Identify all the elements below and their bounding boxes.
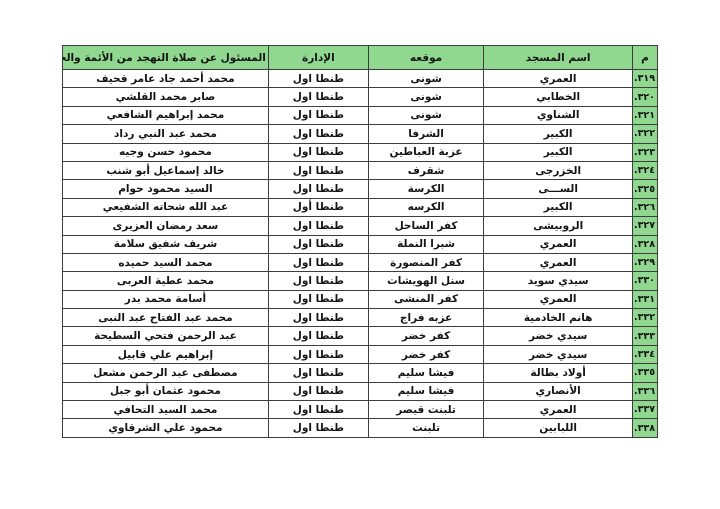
table-row: ٣٢١.الشناويشونىطنطا اولمحمد إبراهيم الشا… — [63, 106, 658, 124]
cell-admin: طنطا اول — [268, 70, 368, 88]
cell-admin: طنطا اول — [268, 272, 368, 290]
cell-location: كفر المنصورة — [368, 253, 483, 271]
cell-location: الكرسه — [368, 198, 483, 216]
cell-location: كفر خضر — [368, 327, 483, 345]
cell-num: ٣٣٥. — [633, 364, 658, 382]
cell-mosque: الســـى — [484, 180, 633, 198]
cell-responsible: صابر محمد القلشي — [63, 88, 269, 106]
cell-location: تلبنت — [368, 419, 483, 437]
cell-location: فيشا سليم — [368, 364, 483, 382]
table-row: ٣٣٧.العمريتلبنت قيصرطنطا اولمحمد السيد ا… — [63, 401, 658, 419]
cell-num: ٣٢٠. — [633, 88, 658, 106]
cell-num: ٣٣٤. — [633, 345, 658, 363]
table-header: م اسم المسجد موقعه الإدارة المسئول عن صل… — [63, 46, 658, 70]
table-row: ٣٢٤.الخزرجىشقرفطنطا اولخالد إسماعيل أبو … — [63, 161, 658, 179]
cell-mosque: أولاد بطالة — [484, 364, 633, 382]
cell-num: ٣٣٦. — [633, 382, 658, 400]
cell-num: ٣٣١. — [633, 290, 658, 308]
cell-location: شونى — [368, 106, 483, 124]
cell-location: شبرا النملة — [368, 235, 483, 253]
table-row: ٣٢٥.الســـىالكرسةطنطا اولالسيد محمود حوا… — [63, 180, 658, 198]
cell-responsible: محمد عطية العربى — [63, 272, 269, 290]
cell-admin: طنطا اول — [268, 290, 368, 308]
cell-mosque: العمري — [484, 70, 633, 88]
table-row: ٣٣٨.اللبابينتلبنتطنطا اولمحمود علي الشرق… — [63, 419, 658, 437]
cell-num: ٣٢٤. — [633, 161, 658, 179]
table-body: ٣١٩.العمريشونىطنطا اولمحمد أحمد جاد عامر… — [63, 70, 658, 438]
cell-admin: طنطا اول — [268, 125, 368, 143]
cell-mosque: العمري — [484, 253, 633, 271]
table-row: ٣٢٧.الروبيشىكفر الساحلطنطا اولسعد رمضان … — [63, 217, 658, 235]
cell-location: كفر خضر — [368, 345, 483, 363]
cell-admin: طنطا اول — [268, 401, 368, 419]
table-row: ٣٣٥.أولاد بطالةفيشا سليمطنطا اولمصطفى عب… — [63, 364, 658, 382]
cell-num: ٣١٩. — [633, 70, 658, 88]
cell-admin: طنطا اول — [268, 253, 368, 271]
cell-responsible: شريف شفيق سلامة — [63, 235, 269, 253]
cell-num: ٣٣٧. — [633, 401, 658, 419]
table-row: ٣٣١.العمريكفر المنشىطنطا اولأسامة محمد ب… — [63, 290, 658, 308]
cell-admin: طنطا اول — [268, 345, 368, 363]
cell-location: الكرسة — [368, 180, 483, 198]
cell-admin: طنطا اول — [268, 88, 368, 106]
table-row: ٣٣٤.سيدي خضركفر خضرطنطا اولإبراهيم علي ق… — [63, 345, 658, 363]
cell-responsible: خالد إسماعيل أبو شنب — [63, 161, 269, 179]
cell-admin: طنطا اول — [268, 143, 368, 161]
header-cell-responsible: المسئول عن صلاة التهجد من الأئمة والخطبا… — [63, 46, 269, 70]
table-row: ٣١٩.العمريشونىطنطا اولمحمد أحمد جاد عامر… — [63, 70, 658, 88]
cell-mosque: العمري — [484, 290, 633, 308]
cell-num: ٣٢١. — [633, 106, 658, 124]
cell-location: عزبة العباطين — [368, 143, 483, 161]
cell-num: ٣٢٣. — [633, 143, 658, 161]
cell-num: ٣٢٢. — [633, 125, 658, 143]
cell-admin: طنطا اول — [268, 382, 368, 400]
cell-responsible: محمود علي الشرقاوي — [63, 419, 269, 437]
header-cell-num: م — [633, 46, 658, 70]
cell-location: كفر المنشى — [368, 290, 483, 308]
cell-mosque: الكبير — [484, 125, 633, 143]
cell-admin: طنطا اول — [268, 161, 368, 179]
cell-location: سنل الهويشات — [368, 272, 483, 290]
table-row: ٣٢٣.الكبيرعزبة العباطينطنطا اولمحمود حسن… — [63, 143, 658, 161]
cell-mosque: الخزرجى — [484, 161, 633, 179]
cell-responsible: عبد الله شحاته الشفيعي — [63, 198, 269, 216]
cell-responsible: محمد السيد حميده — [63, 253, 269, 271]
cell-location: شونى — [368, 70, 483, 88]
cell-mosque: الكبير — [484, 198, 633, 216]
cell-mosque: سيدي سويد — [484, 272, 633, 290]
cell-location: كفر الساحل — [368, 217, 483, 235]
cell-responsible: محمود عثمان أبو جبل — [63, 382, 269, 400]
table-row: ٣٢٩.العمريكفر المنصورةطنطا اولمحمد السيد… — [63, 253, 658, 271]
cell-num: ٣٢٩. — [633, 253, 658, 271]
cell-num: ٣٢٦. — [633, 198, 658, 216]
cell-responsible: محمد عبد النبي رداد — [63, 125, 269, 143]
cell-num: ٣٢٥. — [633, 180, 658, 198]
cell-mosque: العمري — [484, 401, 633, 419]
header-cell-mosque: اسم المسجد — [484, 46, 633, 70]
table-row: ٣٢٠.الخطابيشونىطنطا اولصابر محمد القلشي — [63, 88, 658, 106]
cell-location: فيشا سليم — [368, 382, 483, 400]
cell-mosque: الخطابي — [484, 88, 633, 106]
document-page: م اسم المسجد موقعه الإدارة المسئول عن صل… — [0, 0, 720, 509]
cell-admin: طنطا اول — [268, 309, 368, 327]
cell-responsible: محمد أحمد جاد عامر قحيف — [63, 70, 269, 88]
cell-mosque: الشناوي — [484, 106, 633, 124]
header-cell-location: موقعه — [368, 46, 483, 70]
tahajjud-mosques-table: م اسم المسجد موقعه الإدارة المسئول عن صل… — [62, 45, 658, 438]
cell-num: ٣٣٣. — [633, 327, 658, 345]
cell-num: ٣٣٠. — [633, 272, 658, 290]
cell-responsible: محمد عبد الفتاح عبد النبى — [63, 309, 269, 327]
cell-responsible: محمد إبراهيم الشافعي — [63, 106, 269, 124]
cell-admin: طنطا اول — [268, 327, 368, 345]
cell-location: شقرف — [368, 161, 483, 179]
cell-admin: طنطا اول — [268, 235, 368, 253]
cell-admin: طنطا اول — [268, 217, 368, 235]
cell-responsible: سعد رمضان العزيرى — [63, 217, 269, 235]
table-row: ٣٢٢.الكبيرالشرفاطنطا اولمحمد عبد النبي ر… — [63, 125, 658, 143]
cell-admin: طنطا اول — [268, 419, 368, 437]
cell-mosque: سيدي خضر — [484, 327, 633, 345]
table-row: ٣٣٢.هانم الخادميةعزبه فراجطنطا اولمحمد ع… — [63, 309, 658, 327]
table-row: ٣٢٦.الكبيرالكرسهطنطا أولعبد الله شحاته ا… — [63, 198, 658, 216]
table-row: ٣٢٨.العمريشبرا النملةطنطا اولشريف شفيق س… — [63, 235, 658, 253]
cell-num: ٣٢٧. — [633, 217, 658, 235]
cell-responsible: محمد السيد التحافي — [63, 401, 269, 419]
cell-mosque: اللبابين — [484, 419, 633, 437]
cell-num: ٣٣٢. — [633, 309, 658, 327]
header-row: م اسم المسجد موقعه الإدارة المسئول عن صل… — [63, 46, 658, 70]
cell-responsible: أسامة محمد بدر — [63, 290, 269, 308]
cell-mosque: هانم الخادمية — [484, 309, 633, 327]
cell-mosque: الكبير — [484, 143, 633, 161]
cell-responsible: مصطفى عبد الرحمن مشعل — [63, 364, 269, 382]
cell-responsible: محمود حسن وجيه — [63, 143, 269, 161]
cell-admin: طنطا أول — [268, 198, 368, 216]
table-row: ٣٣٣.سيدي خضركفر خضرطنطا اولعبد الرحمن فت… — [63, 327, 658, 345]
cell-responsible: عبد الرحمن فتحي السطيحة — [63, 327, 269, 345]
cell-location: الشرفا — [368, 125, 483, 143]
cell-location: عزبه فراج — [368, 309, 483, 327]
cell-responsible: السيد محمود حوام — [63, 180, 269, 198]
cell-location: تلبنت قيصر — [368, 401, 483, 419]
cell-mosque: الروبيشى — [484, 217, 633, 235]
cell-num: ٣٢٨. — [633, 235, 658, 253]
cell-admin: طنطا اول — [268, 180, 368, 198]
cell-mosque: الأنصاري — [484, 382, 633, 400]
cell-admin: طنطا اول — [268, 106, 368, 124]
cell-mosque: العمري — [484, 235, 633, 253]
table-row: ٣٣٠.سيدي سويدسنل الهويشاتطنطا اولمحمد عط… — [63, 272, 658, 290]
cell-location: شونى — [368, 88, 483, 106]
cell-mosque: سيدي خضر — [484, 345, 633, 363]
cell-num: ٣٣٨. — [633, 419, 658, 437]
cell-responsible: إبراهيم علي قابيل — [63, 345, 269, 363]
table-row: ٣٣٦.الأنصاريفيشا سليمطنطا اولمحمود عثمان… — [63, 382, 658, 400]
header-cell-admin: الإدارة — [268, 46, 368, 70]
cell-admin: طنطا اول — [268, 364, 368, 382]
